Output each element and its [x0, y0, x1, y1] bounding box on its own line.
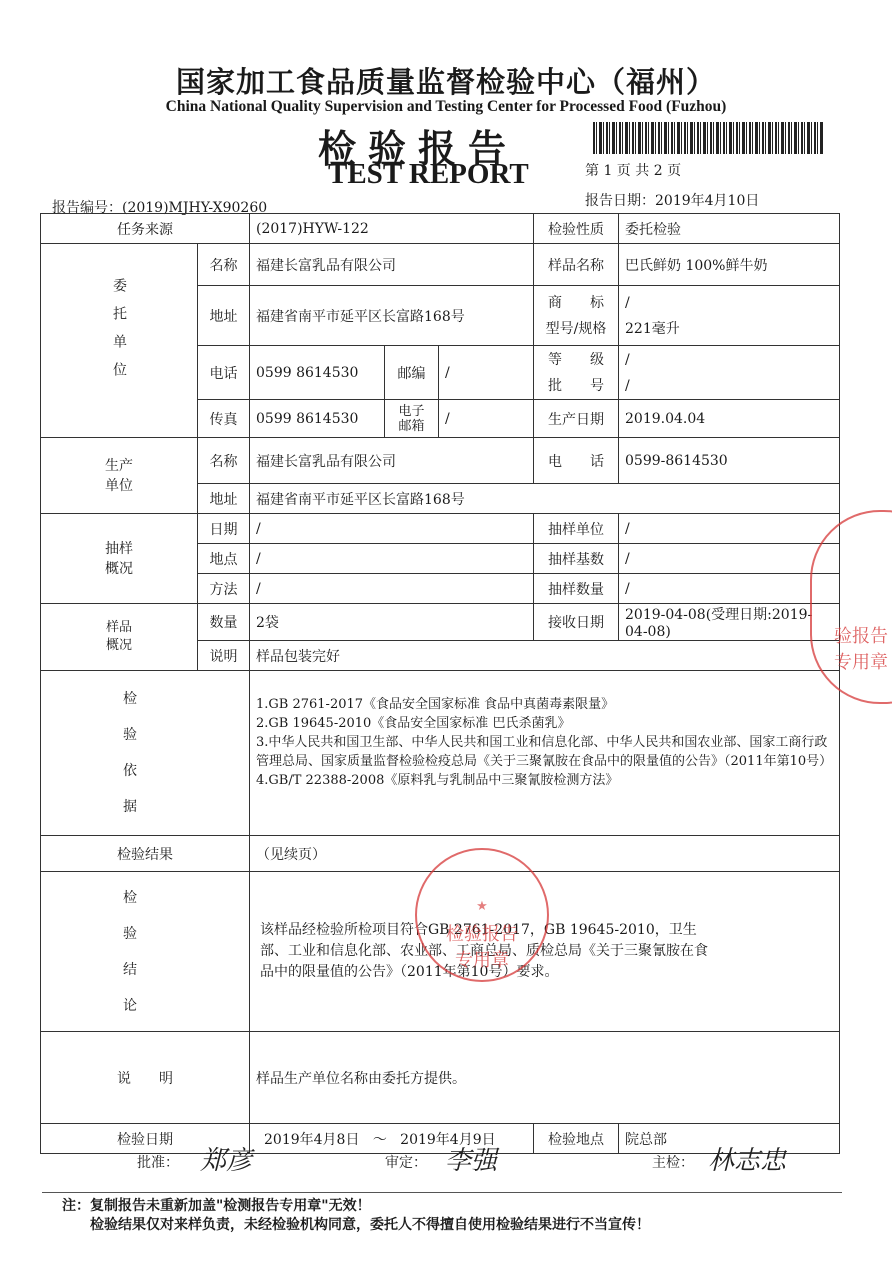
barcode — [593, 122, 823, 154]
remark-value: 样品生产单位名称由委托方提供。 — [250, 1032, 840, 1124]
grade-label: 等 级 — [534, 347, 618, 373]
report-title-en: TEST REPORT — [328, 158, 529, 191]
footer-note-2: 检验结果仅对来样负责，未经检验机构同意，委托人不得擅自使用检验结果进行不当宣传！ — [62, 1216, 650, 1235]
client-name-value: 福建长富乳品有限公司 — [250, 244, 534, 286]
sampling-date-value: / — [250, 514, 534, 544]
grade-batch-labels: 等 级 批 号 — [534, 346, 619, 400]
basis-list: 1.GB 2761-2017《食品安全国家标准 食品中真菌毒素限量》 2.GB … — [250, 671, 840, 836]
grade-value: / — [625, 347, 833, 373]
client-phone-label: 电话 — [198, 346, 250, 400]
test-nature-label: 检验性质 — [534, 214, 619, 244]
org-name-en: China National Quality Supervision and T… — [0, 98, 892, 116]
footer-note-1: 注：复制报告未重新加盖"检测报告专用章"无效！ — [62, 1197, 650, 1216]
sampling-qty-label: 抽样数量 — [534, 574, 619, 604]
brand-label: 商 标 — [534, 290, 618, 316]
task-source-value: (2017)HYW-122 — [250, 214, 534, 244]
batch-label: 批 号 — [534, 373, 618, 399]
sample-name-value: 巴氏鲜奶 100%鲜牛奶 — [619, 244, 840, 286]
report-date: 报告日期：2019年4月10日 — [585, 190, 759, 210]
client-email-value: / — [439, 400, 534, 438]
sampling-date-label: 日期 — [198, 514, 250, 544]
producer-address-value: 福建省南平市延平区长富路168号 — [250, 484, 840, 514]
sampling-method-value: / — [250, 574, 534, 604]
client-phone-value: 0599 8614530 — [250, 346, 385, 400]
conclusion-label: 检验结论 — [41, 872, 250, 1032]
grade-batch-values: / / — [619, 346, 840, 400]
client-name-label: 名称 — [198, 244, 250, 286]
client-fax-value: 0599 8614530 — [250, 400, 385, 438]
sampling-base-label: 抽样基数 — [534, 544, 619, 574]
producer-phone-label: 电 话 — [534, 438, 619, 484]
producer-phone-value: 0599-8614530 — [619, 438, 840, 484]
remark-label: 说 明 — [41, 1032, 250, 1124]
sampling-unit-value: / — [619, 514, 840, 544]
result-value: （见续页） — [250, 836, 840, 872]
batch-value: / — [625, 373, 833, 399]
receive-date-value: 2019-04-08(受理日期:2019-04-08) — [619, 604, 840, 641]
test-report-stamp: ★ 检验报告 专用章 — [415, 848, 549, 982]
sample-name-label: 样品名称 — [534, 244, 619, 286]
sampling-place-label: 地点 — [198, 544, 250, 574]
sampling-group-label: 抽样概况 — [41, 514, 198, 604]
task-source-label: 任务来源 — [41, 214, 250, 244]
production-date-value: 2019.04.04 — [619, 400, 840, 438]
task-row: 任务来源 (2017)HYW-122 检验性质 委托检验 — [41, 214, 840, 244]
model-value: 221毫升 — [625, 316, 833, 342]
approve-label: 批准： — [137, 1152, 179, 1172]
basis-item: 4.GB/T 22388-2008《原料乳与乳制品中三聚氰胺检测方法》 — [256, 771, 833, 790]
client-postcode-value: / — [439, 346, 534, 400]
brand-model-labels: 商 标 型号/规格 — [534, 286, 619, 346]
basis-item: 2.GB 19645-2010《食品安全国家标准 巴氏杀菌乳》 — [256, 714, 833, 733]
inspector-signature: 林志忠 — [708, 1140, 786, 1177]
client-email-label: 电子邮箱 — [385, 400, 439, 438]
sampling-unit-label: 抽样单位 — [534, 514, 619, 544]
sample-qty-label: 数量 — [198, 604, 250, 641]
producer-name-label: 名称 — [198, 438, 250, 484]
client-fax-label: 传真 — [198, 400, 250, 438]
inspector-label: 主检： — [652, 1152, 694, 1172]
test-place-label: 检验地点 — [534, 1124, 619, 1154]
producer-address-label: 地址 — [198, 484, 250, 514]
sample-info-group-label: 样品概况 — [41, 604, 198, 671]
client-postcode-label: 邮编 — [385, 346, 439, 400]
footer-notes: 注：复制报告未重新加盖"检测报告专用章"无效！ 检验结果仅对来样负责，未经检验机… — [62, 1197, 650, 1235]
client-group-label: 委托单位 — [41, 244, 198, 438]
review-label: 审定： — [385, 1152, 427, 1172]
review-signature: 李强 — [445, 1140, 497, 1177]
result-label: 检验结果 — [41, 836, 250, 872]
sample-desc-label: 说明 — [198, 641, 250, 671]
org-name-cn: 国家加工食品质量监督检验中心（福州） — [0, 60, 892, 101]
test-nature-value: 委托检验 — [619, 214, 840, 244]
side-seal-stamp: 验报告 专用章 — [810, 510, 892, 704]
sampling-base-value: / — [619, 544, 840, 574]
producer-name-value: 福建长富乳品有限公司 — [250, 438, 534, 484]
sampling-qty-value: / — [619, 574, 840, 604]
basis-label: 检验依据 — [41, 671, 250, 836]
sample-qty-value: 2袋 — [250, 604, 534, 641]
approve-signature: 郑彦 — [200, 1140, 252, 1177]
sampling-method-label: 方法 — [198, 574, 250, 604]
brand-value: / — [625, 290, 833, 316]
sampling-place-value: / — [250, 544, 534, 574]
client-address-label: 地址 — [198, 286, 250, 346]
client-address-value: 福建省南平市延平区长富路168号 — [250, 286, 534, 346]
model-label: 型号/规格 — [534, 316, 618, 342]
basis-item: 1.GB 2761-2017《食品安全国家标准 食品中真菌毒素限量》 — [256, 695, 833, 714]
producer-group-label: 生产单位 — [41, 438, 198, 514]
production-date-label: 生产日期 — [534, 400, 619, 438]
brand-model-values: / 221毫升 — [619, 286, 840, 346]
report-table: 任务来源 (2017)HYW-122 检验性质 委托检验 委托单位 名称 福建长… — [40, 213, 840, 1154]
basis-item: 3.中华人民共和国卫生部、中华人民共和国工业和信息化部、中华人民共和国农业部、国… — [256, 733, 833, 771]
page-info: 第 1 页 共 2 页 — [585, 160, 681, 180]
receive-date-label: 接收日期 — [534, 604, 619, 641]
footer-rule — [42, 1192, 842, 1193]
sample-desc-value: 样品包装完好 — [250, 641, 840, 671]
